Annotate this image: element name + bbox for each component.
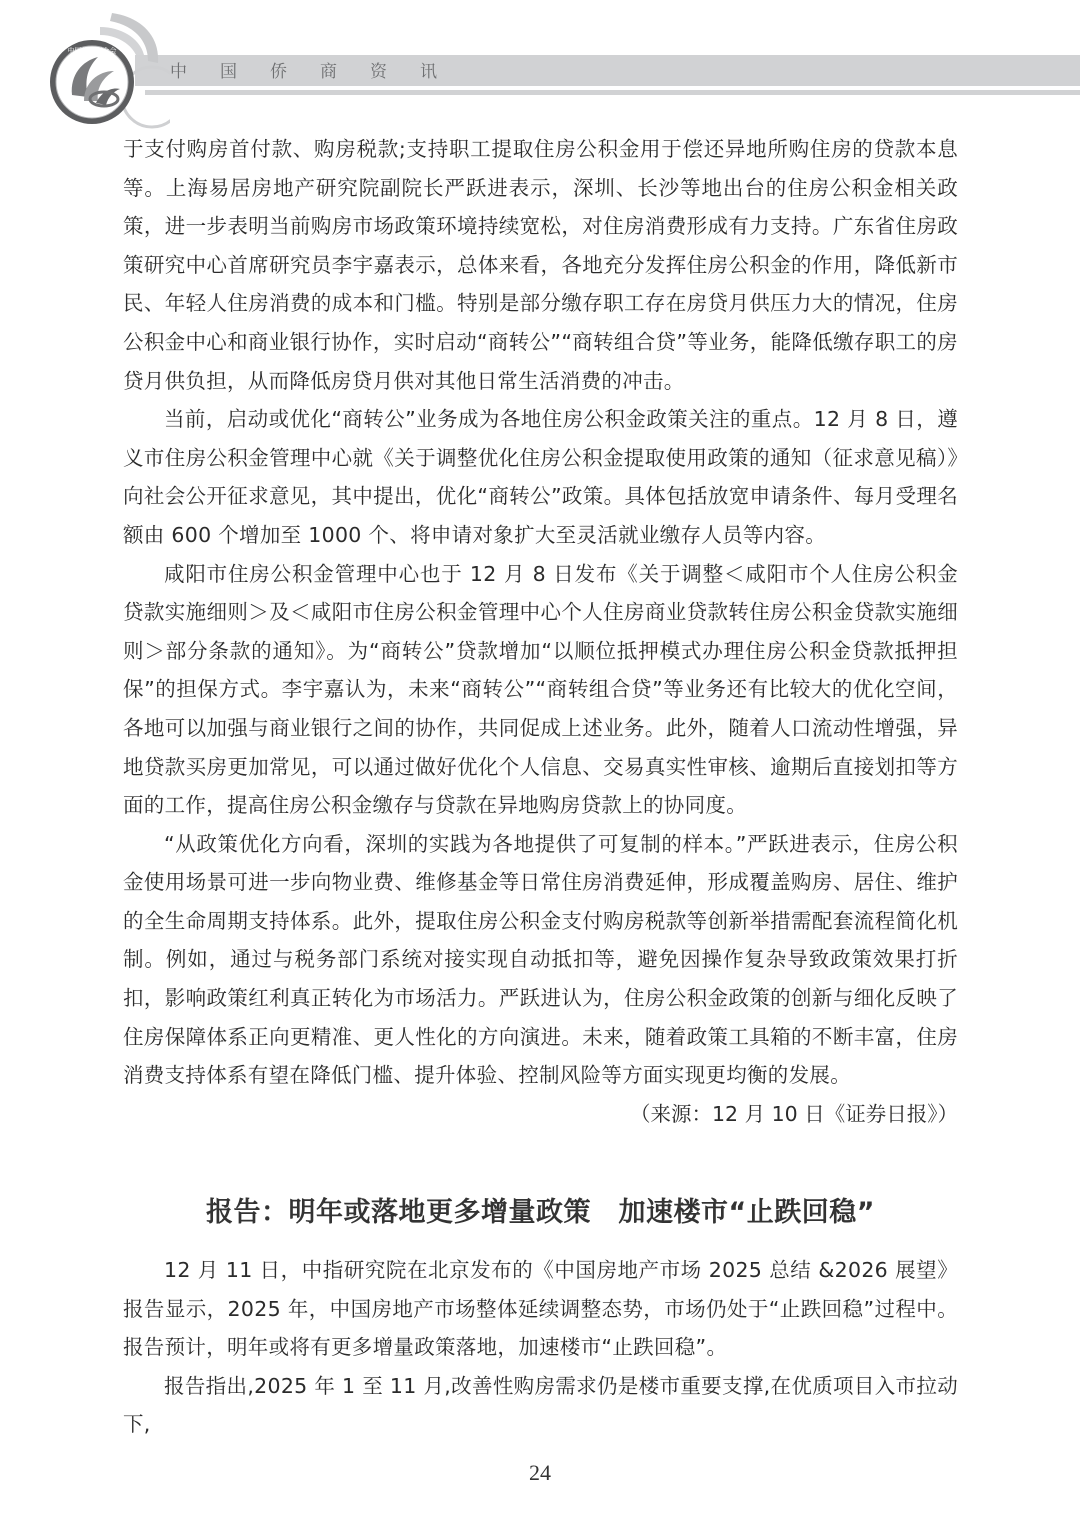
paragraph: 12 月 11 日，中指研究院在北京发布的《中国房地产市场 2025 总结 &2… <box>123 1251 958 1367</box>
article-heading: 报告：明年或落地更多增量政策 加速楼市“止跌回稳” <box>123 1190 958 1229</box>
publication-title: 中 国 侨 商 资 讯 <box>170 58 470 86</box>
title-char: 侨 <box>270 58 320 86</box>
title-char: 中 <box>170 58 220 86</box>
title-char: 国 <box>220 58 270 86</box>
paragraph: 于支付购房首付款、购房税款;支持职工提取住房公积金用于偿还异地所购住房的贷款本息… <box>123 130 958 400</box>
article-body: 于支付购房首付款、购房税款;支持职工提取住房公积金用于偿还异地所购住房的贷款本息… <box>123 130 958 1133</box>
paragraph: “从政策优化方向看，深圳的实践为各地提供了可复制的样本。”严跃进表示，住房公积金… <box>123 825 958 1095</box>
title-char: 讯 <box>420 58 470 86</box>
title-char: 商 <box>320 58 370 86</box>
article-body: 12 月 11 日，中指研究院在北京发布的《中国房地产市场 2025 总结 &2… <box>123 1251 958 1444</box>
title-char: 资 <box>370 58 420 86</box>
source-citation: （来源：12 月 10 日《证券日报》） <box>123 1095 958 1134</box>
federation-logo-icon: 中国侨商联合会 <box>40 5 170 130</box>
page-number: 24 <box>0 1460 1080 1486</box>
svg-text:中国侨商联合会: 中国侨商联合会 <box>68 46 117 55</box>
paragraph: 咸阳市住房公积金管理中心也于 12 月 8 日发布《关于调整＜咸阳市个人住房公积… <box>123 555 958 825</box>
paragraph: 当前，启动或优化“商转公”业务成为各地住房公积金政策关注的重点。12 月 8 日… <box>123 400 958 554</box>
header-rule <box>145 90 1080 95</box>
paragraph: 报告指出,2025 年 1 至 11 月,改善性购房需求仍是楼市重要支撑,在优质… <box>123 1367 958 1444</box>
